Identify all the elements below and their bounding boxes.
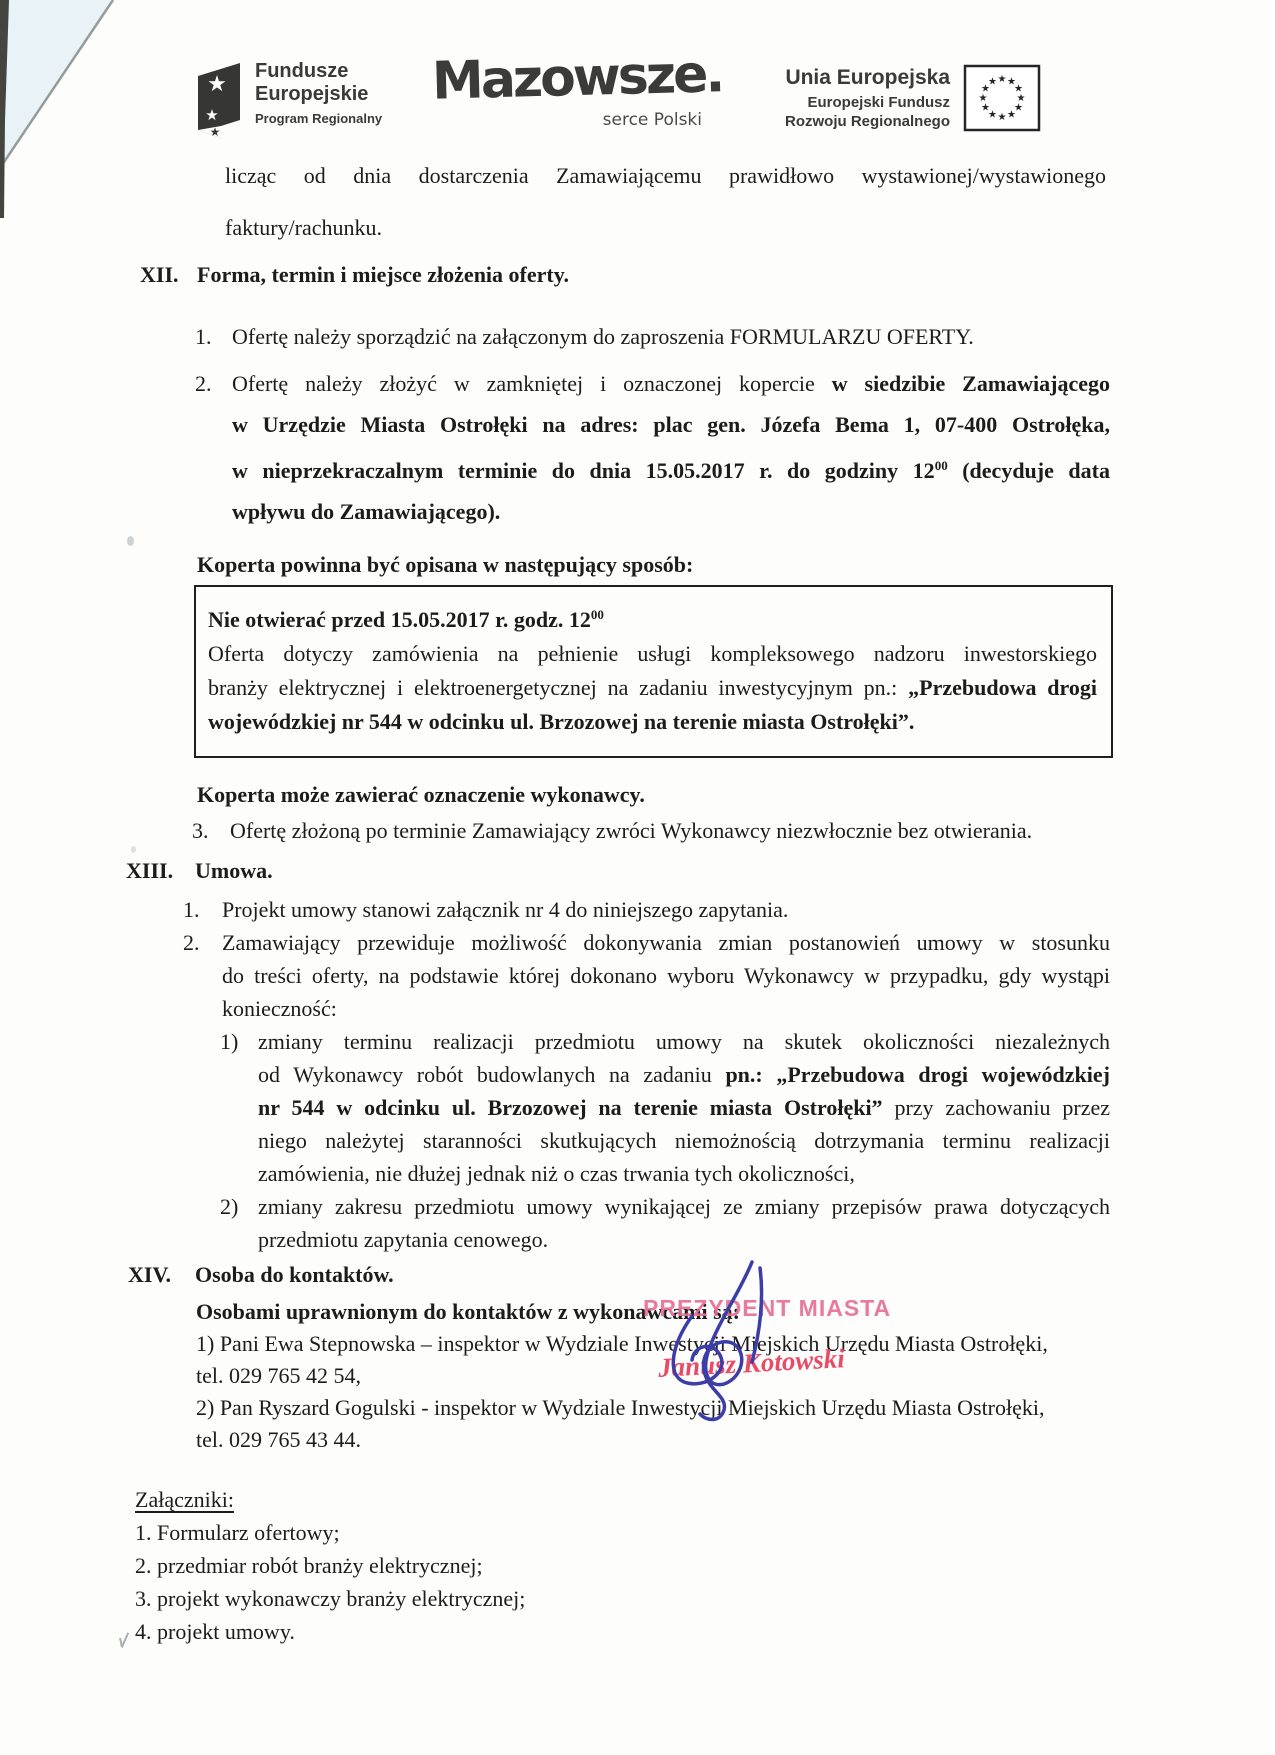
eu-line1: Unia Europejska [700, 66, 950, 90]
section12-number: XII. [140, 262, 197, 288]
logo-left-line2: Europejskie [255, 83, 382, 106]
fundusze-flag-icon: ★ ★ ★ [195, 60, 243, 140]
item-number: 1. [183, 893, 222, 926]
svg-text:★: ★ [205, 106, 218, 124]
attachment-item: 3. projekt wykonawczy branży elektryczne… [135, 1582, 525, 1615]
svg-text:★: ★ [998, 112, 1007, 123]
item-text-bold: w siedzibie Zamawiającego [832, 371, 1110, 396]
item-text-bold: w Urzędzie Miasta Ostrołęki na adres: pl… [232, 412, 1110, 437]
svg-text:★: ★ [981, 103, 990, 114]
document-page: ★ ★ ★ Fundusze Europejskie Program Regio… [0, 0, 1275, 1755]
attachments: Załączniki: 1. Formularz ofertowy; 2. pr… [135, 1483, 525, 1648]
handwritten-signature [648, 1258, 818, 1428]
subitem-text: od Wykonawcy robót budowlanych na zadani… [258, 1062, 712, 1087]
subitem-text: przy zachowaniu przez [894, 1095, 1110, 1120]
section13-heading: XIII.Umowa. [126, 858, 273, 884]
section14-title: Osoba do kontaktów. [195, 1262, 394, 1287]
section12-item2: 2.Ofertę należy złożyć w zamkniętej i oz… [195, 363, 1110, 532]
section13-item2: 2.Zamawiający przewiduje możliwość dokon… [183, 926, 1110, 1025]
envelope-note: Koperta może zawierać oznaczenie wykonaw… [197, 782, 645, 808]
item-number: 2. [195, 363, 232, 404]
subitem-text: zmiany zakresu przedmiotu umowy wynikają… [258, 1194, 1110, 1219]
item-number: 1. [195, 320, 232, 353]
intro-line2: faktury/rachunku. [225, 202, 1106, 254]
section14-heading: XIV.Osoba do kontaktów. [128, 1262, 394, 1288]
scan-speck [127, 536, 134, 546]
section13-number: XIII. [126, 858, 195, 884]
subitem-text: niego należytej staranności skutkujących… [220, 1124, 1110, 1157]
mazowsze-wordmark: Mazowsze. [431, 44, 723, 112]
svg-text:★: ★ [207, 72, 227, 97]
section12-item3: 3.Ofertę złożoną po terminie Zamawiający… [192, 814, 1110, 847]
mazowsze-tagline: serce Polski [432, 110, 702, 130]
attachment-item: 2. przedmiar robót branży elektrycznej; [135, 1549, 525, 1582]
intro-line1: licząc od dnia dostarczenia Zamawiającem… [225, 150, 1106, 202]
person2-phone: tel. 029 765 43 44. [196, 1424, 1112, 1456]
section12-title: Forma, termin i miejsce złożenia oferty. [197, 262, 569, 287]
section12-heading: XII.Forma, termin i miejsce złożenia ofe… [140, 262, 569, 288]
svg-text:★: ★ [998, 74, 1007, 85]
box-line3-bold: „Przebudowa drogi [908, 675, 1097, 700]
item-text: do treści oferty, na podstawie której do… [183, 959, 1110, 992]
item-text: Ofertę należy sporządzić na załączonym d… [232, 324, 974, 349]
subitem-text-bold: pn.: „Przebudowa drogi wojewódzkiej [725, 1062, 1110, 1087]
section14-number: XIV. [128, 1262, 195, 1288]
fundusze-europejskie-logo: ★ ★ ★ Fundusze Europejskie Program Regio… [195, 60, 382, 140]
box-line3: branży elektrycznej i elektroenergetyczn… [208, 675, 897, 700]
eu-flag-icon: ★★★ ★★★ ★★★ ★★★ [963, 64, 1041, 134]
subitem-number: 2) [220, 1190, 258, 1223]
envelope-description-box: Nie otwierać przed 15.05.2017 r. godz. 1… [194, 585, 1113, 758]
logo-left-line3: Program Regionalny [255, 111, 382, 126]
subitem-text: przedmiotu zapytania cenowego. [220, 1223, 1110, 1256]
svg-text:★: ★ [979, 93, 988, 104]
scan-corner-artifact [0, 0, 135, 235]
item-text: Ofertę złożoną po terminie Zamawiający z… [230, 818, 1032, 843]
subitem-text: zmiany terminu realizacji przedmiotu umo… [258, 1029, 1110, 1054]
subitem-text-bold: nr 544 w odcinku ul. Brzozowej na tereni… [258, 1095, 883, 1120]
scan-pen-mark [117, 1632, 131, 1648]
item-text: konieczność: [183, 992, 1110, 1025]
section13-subitem1: 1)zmiany terminu realizacji przedmiotu u… [220, 1025, 1110, 1190]
attachment-item: 1. Formularz ofertowy; [135, 1516, 525, 1549]
svg-text:★: ★ [988, 77, 997, 88]
scan-speck [131, 846, 136, 853]
section13-item1: 1.Projekt umowy stanowi załącznik nr 4 d… [183, 893, 1110, 926]
subitem-text: zamówienia, nie dłużej jednak niż o czas… [220, 1157, 1110, 1190]
intro-paragraph: licząc od dnia dostarczenia Zamawiającem… [225, 150, 1106, 254]
subitem-number: 1) [220, 1025, 258, 1058]
unia-europejska-label: Unia Europejska Europejski Fundusz Rozwo… [700, 66, 950, 131]
section12-item1: 1.Ofertę należy sporządzić na załączonym… [195, 320, 1110, 353]
item-text-bold: w nieprzekraczalnym terminie do dnia 15.… [232, 458, 935, 483]
attachment-item: 4. projekt umowy. [135, 1615, 525, 1648]
svg-text:★: ★ [210, 125, 221, 139]
superscript: 00 [591, 607, 604, 622]
item-text-bold: (decyduje data [962, 458, 1110, 483]
item-number: 3. [192, 814, 230, 847]
logo-left-line1: Fundusze [255, 60, 382, 83]
item-text: Ofertę należy złożyć w zamkniętej i ozna… [232, 371, 815, 396]
item-text: Zamawiający przewiduje możliwość dokonyw… [222, 930, 1110, 955]
section13-subitem2: 2)zmiany zakresu przedmiotu umowy wynika… [220, 1190, 1110, 1256]
section13-title: Umowa. [195, 858, 273, 883]
eu-line3: Rozwoju Regionalnego [700, 112, 950, 131]
box-line2: Oferta dotyczy zamówienia na pełnienie u… [208, 637, 1097, 671]
item-text-bold: wpływu do Zamawiającego). [232, 499, 500, 524]
attachments-heading: Załączniki: [135, 1483, 525, 1516]
eu-line2: Europejski Fundusz [700, 93, 950, 112]
box-line4-bold: wojewódzkiej nr 544 w odcinku ul. Brzozo… [208, 709, 914, 734]
svg-text:★: ★ [1007, 110, 1016, 121]
superscript: 00 [935, 458, 948, 473]
item-text: Projekt umowy stanowi załącznik nr 4 do … [222, 897, 788, 922]
envelope-heading: Koperta powinna być opisana w następując… [197, 552, 693, 578]
item-number: 2. [183, 926, 222, 959]
box-line1: Nie otwierać przed 15.05.2017 r. godz. 1… [208, 607, 591, 632]
